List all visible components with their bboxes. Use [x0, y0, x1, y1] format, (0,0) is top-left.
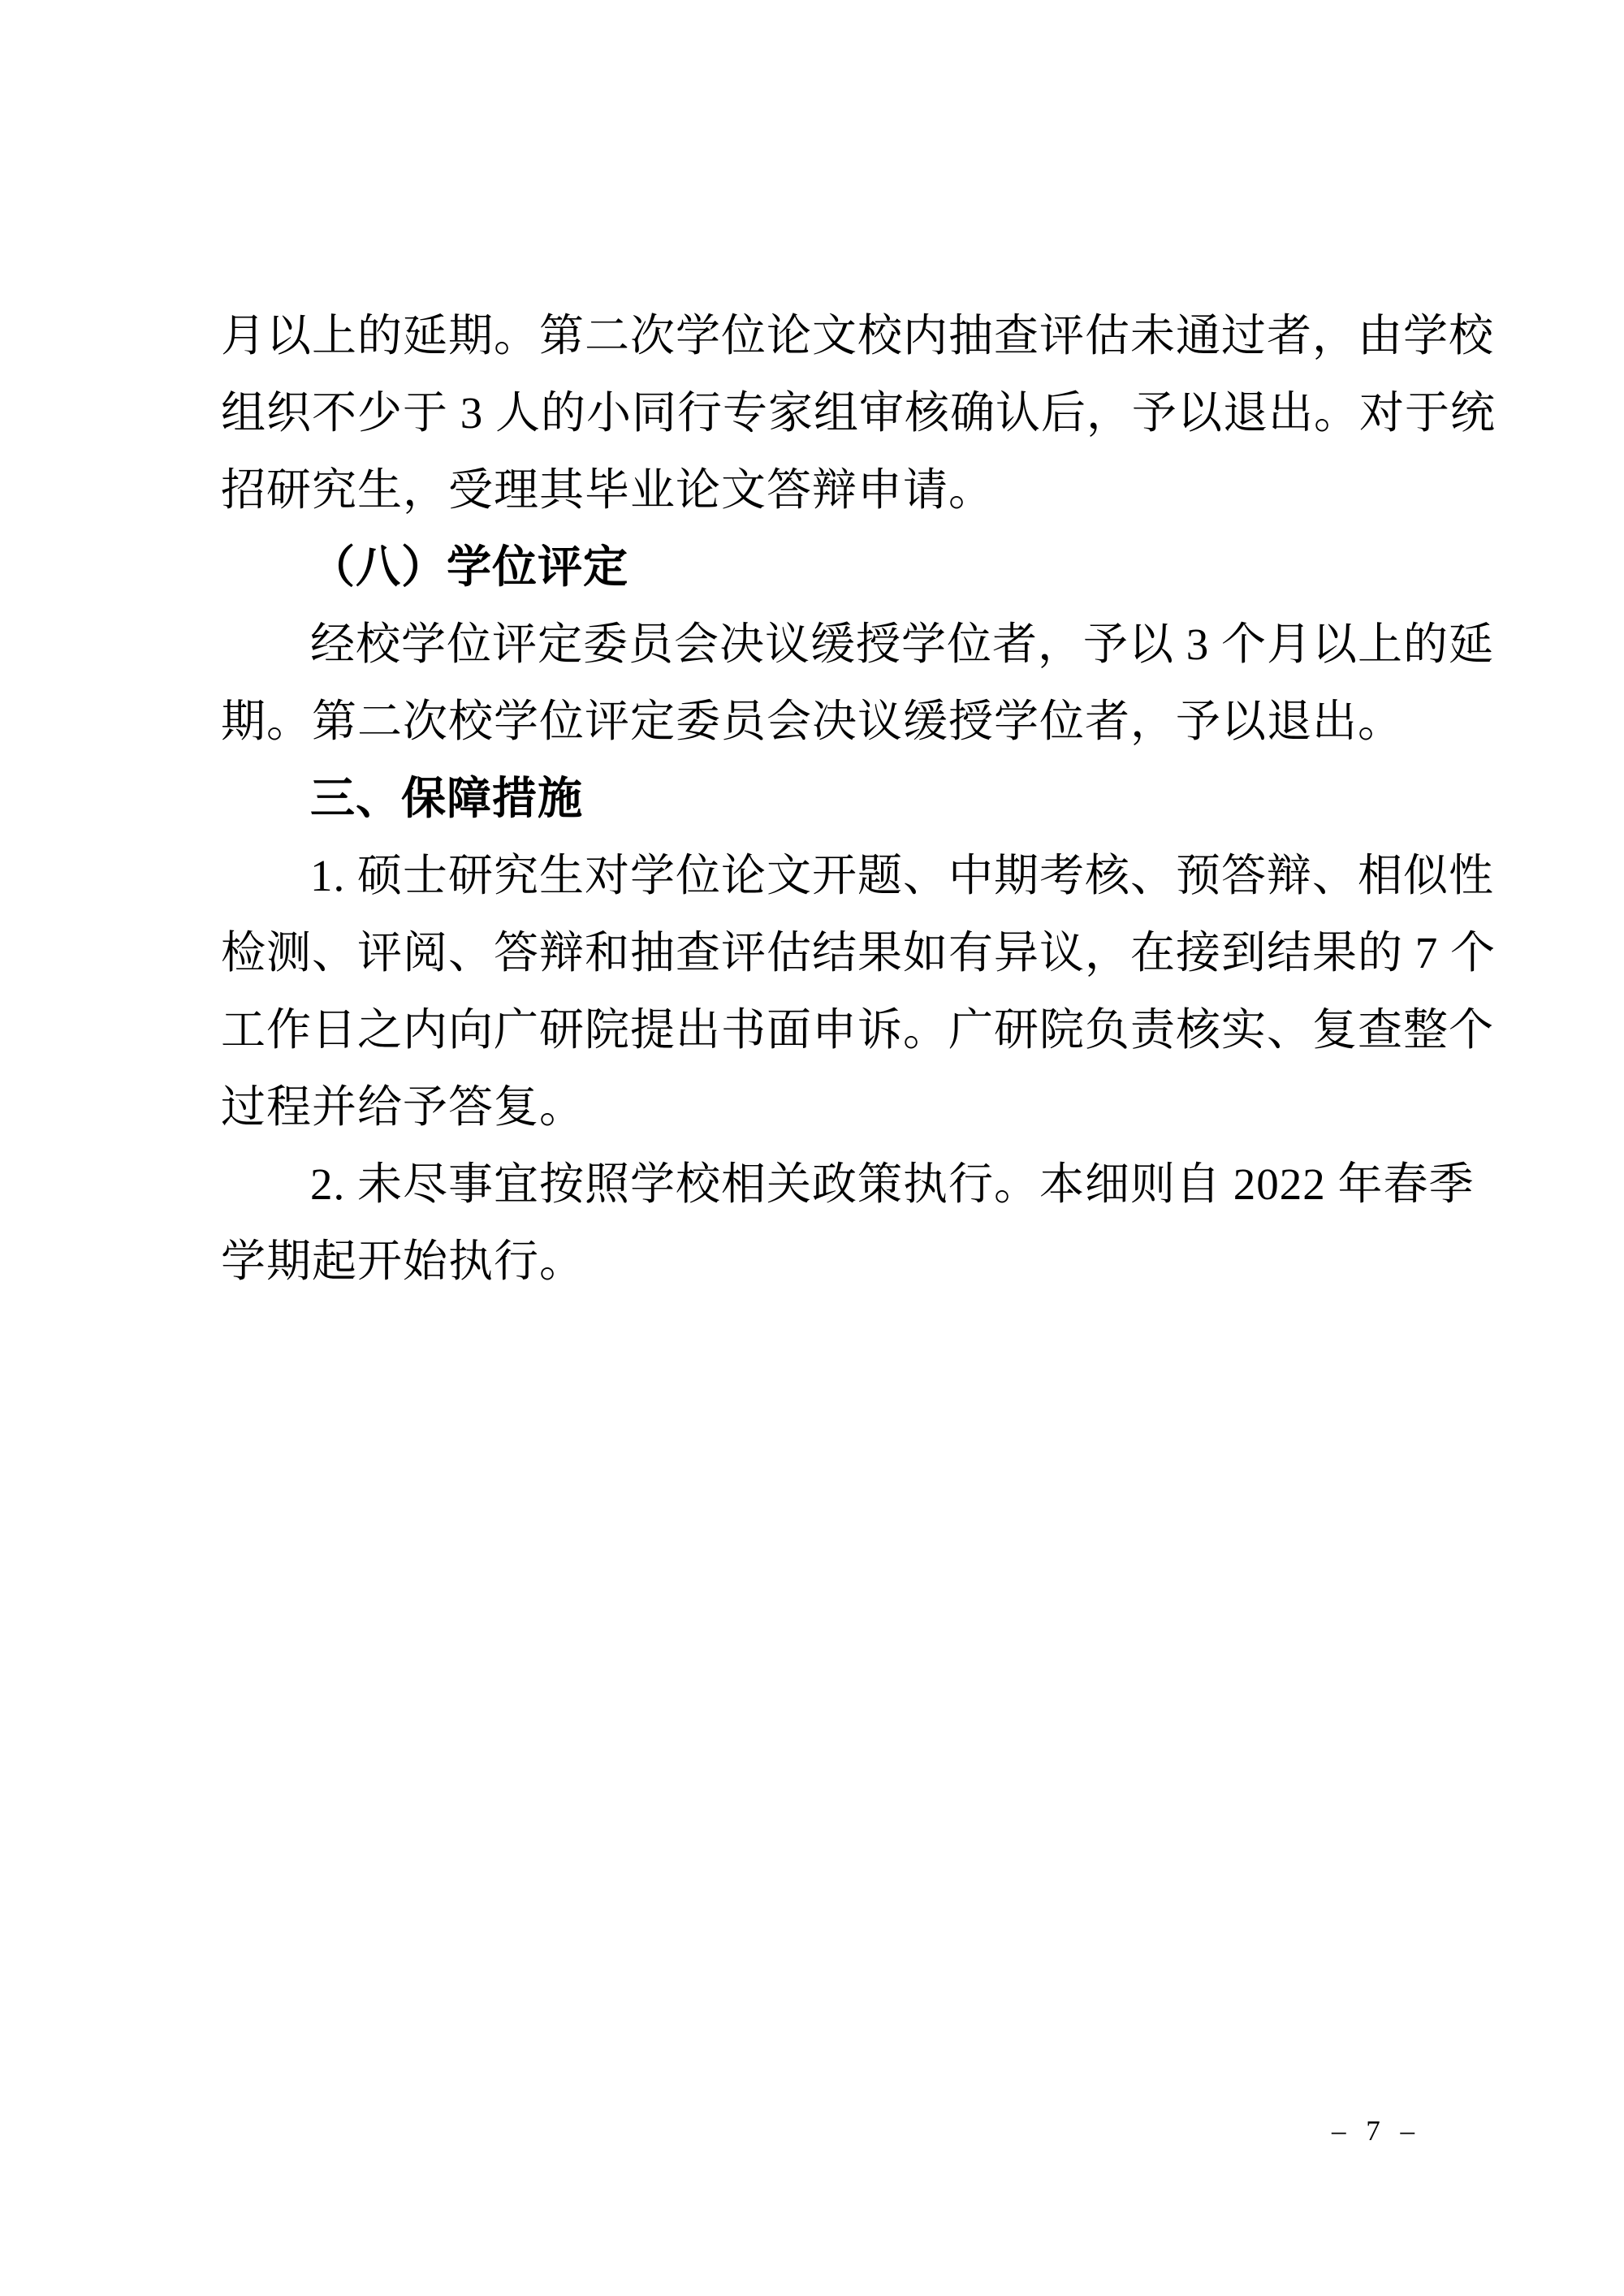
paragraph-line: 检测、评阅、答辩和抽查评估结果如有异议，在接到结果的 7 个 — [221, 914, 1421, 991]
section-heading-degree-evaluation: （八）学位评定 — [221, 529, 1421, 606]
document-page: 月以上的延期。第二次学位论文校内抽查评估未通过者，由学校 组织不少于 3 人的小… — [0, 0, 1624, 2296]
paragraph-line: 过程并给予答复。 — [221, 1068, 1421, 1146]
paragraph-line: 组织不少于 3 人的小同行专家组审核确认后，予以退出。对于统 — [221, 374, 1421, 451]
document-body: 月以上的延期。第二次学位论文校内抽查评估未通过者，由学校 组织不少于 3 人的小… — [221, 297, 1421, 1300]
page-number: – 7 – — [1332, 2112, 1421, 2151]
paragraph-line: 招研究生，受理其毕业论文答辩申请。 — [221, 451, 1421, 529]
paragraph-line: 期。第二次校学位评定委员会决议缓授学位者，予以退出。 — [221, 683, 1421, 760]
section-heading-safeguard-measures: 三、保障措施 — [221, 760, 1421, 837]
paragraph-first-line: 1. 硕士研究生对学位论文开题、中期考核、预答辩、相似性 — [221, 837, 1421, 914]
paragraph-continuation-line: 月以上的延期。第二次学位论文校内抽查评估未通过者，由学校 — [221, 297, 1421, 374]
paragraph-first-line: 2. 未尽事宜按照学校相关政策执行。本细则自 2022 年春季 — [221, 1146, 1421, 1223]
paragraph-line: 学期起开始执行。 — [221, 1223, 1421, 1300]
paragraph-first-line: 经校学位评定委员会决议缓授学位者，予以 3 个月以上的延 — [221, 606, 1421, 683]
paragraph-line: 工作日之内向广研院提出书面申诉。广研院负责核实、复查整个 — [221, 991, 1421, 1068]
